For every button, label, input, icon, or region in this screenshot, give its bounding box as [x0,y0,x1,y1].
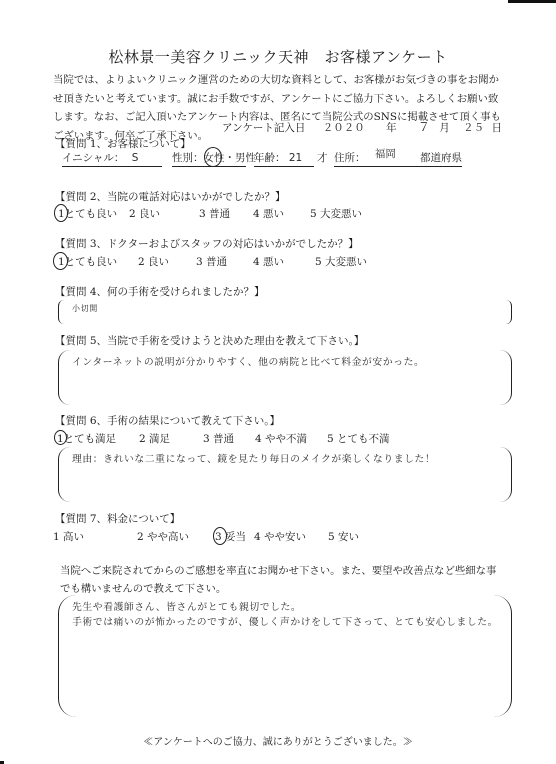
q6-reason-label: 理由： [72,454,103,465]
date-year: ２０２０ [323,120,365,135]
q6-option-2[interactable]: 2 満足 [139,431,170,446]
q4-answer: 小切開 [72,303,98,314]
comments-prompt: 当院へご来院されてからのご感想を率直にお聞かせ下さい。また、要望や改善点など些細… [60,562,500,598]
address-label: 住所： [334,152,366,164]
date-label: アンケート記入日 [222,120,305,135]
q5-heading: 【質問 5、当院で手術を受けようと決めた理由を教えて下さい。】 [55,333,364,348]
q7-option-2[interactable]: 2 やや高い [137,529,189,544]
q2-option-2[interactable]: 2 良い [129,206,160,221]
q3-option-3[interactable]: 3 普通 [196,254,227,269]
q4-heading: 【質問 4、何の手術を受けられましたか？】 [55,284,265,299]
q3-option-5[interactable]: 5 大変悪い [315,254,367,269]
selected-circle-mark [53,252,68,270]
q1-heading: 【質問 1、お客様について】 [55,136,191,151]
date-day: ２５ [463,120,484,135]
gender-option-male[interactable]: 男性 [235,152,256,164]
q6-option-4[interactable]: 4 やや不満 [255,431,307,446]
q2-option-3[interactable]: 3 普通 [199,206,230,221]
q6-heading: 【質問 6、手術の結果について教えて下さい。】 [55,413,280,428]
q3-option-2[interactable]: 2 良い [138,254,169,269]
gender-label: 性別： [172,152,204,164]
scan-corner-mark [508,0,556,3]
date-month: ７ [418,118,430,135]
survey-date: アンケート記入日 ２０２０ 年 ７ 月 ２５ 日 [222,118,502,135]
age-label: 年齢： [254,152,286,164]
gender-field[interactable]: 性別：女性・男性 [172,150,246,167]
initial-value: S [132,152,139,164]
date-month-unit: 月 [439,120,450,135]
q7-option-5[interactable]: 5 安い [328,529,359,544]
q7-option-1[interactable]: 1 高い [53,529,84,544]
age-field[interactable]: 年齢： 21 [254,150,314,167]
comment-line-2: 手術では痛いのが怖かったのですが、優しく声かけをして下さって、とても安心しました… [72,614,498,628]
age-unit: 才 [317,150,328,165]
initial-label: イニシャル： [62,152,124,164]
gender-separator: ・ [225,152,236,164]
address-value: 福岡 [375,148,396,160]
address-suffix: 都道府県 [420,150,462,165]
q3-option-4[interactable]: 4 悪い [253,254,284,269]
age-value: 21 [289,152,302,164]
q6-reason-row: 理由：きれいな二重になって、鏡を見たり毎日のメイクが楽しくなりました！ [72,451,435,465]
q7-option-4[interactable]: 4 やや安い [254,529,306,544]
q3-heading: 【質問 3、ドクターおよびスタッフの対応はいかがでしたか？】 [55,236,359,251]
q6-reason: きれいな二重になって、鏡を見たり毎日のメイクが楽しくなりました！ [103,454,435,465]
q2-option-4[interactable]: 4 悪い [253,206,284,221]
q5-answer: インターネットの説明が分かりやすく、他の病院と比べて料金が安かった。 [72,354,424,368]
q6-option-3[interactable]: 3 普通 [203,431,234,446]
date-year-unit: 年 [386,120,397,135]
selected-circle-mark [54,204,68,222]
q6-option-5[interactable]: 5 とても不満 [327,431,390,446]
customer-info-row: イニシャル： S 性別：女性・男性 年齢： 21 才 住所： 福岡 都道府県 [62,150,462,170]
q4-answer-box[interactable] [58,300,512,324]
q2-option-5[interactable]: 5 大変悪い [310,206,362,221]
initial-field[interactable]: イニシャル： S [62,150,162,167]
comment-line-1: 先生や看護師さん、皆さんがとても親切でした。 [72,599,301,613]
date-day-unit: 日 [491,120,502,135]
q7-heading: 【質問 7、料金について】 [55,511,180,526]
survey-title: 松林景一美容クリニック天神 お客様アンケート [0,46,556,67]
selected-circle-mark [204,147,222,167]
selected-circle-mark [54,430,67,445]
q2-heading: 【質問 2、当院の電話対応はいかがでしたか？】 [55,189,286,204]
selected-circle-mark [213,527,227,545]
address-field[interactable]: 住所： 福岡 都道府県 [334,150,462,167]
footer-thanks: ≪アンケートへのご協力、誠にありがとうございました。≫ [0,733,556,748]
